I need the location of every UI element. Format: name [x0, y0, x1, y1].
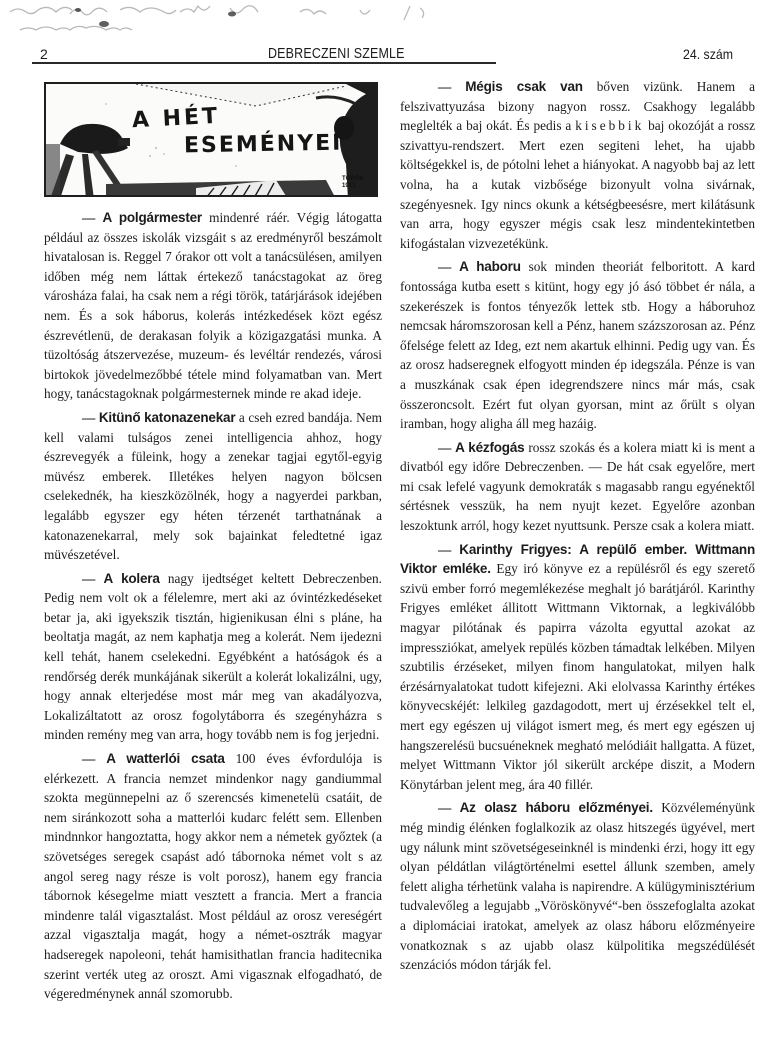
article-body: baj okozóját a rossz szivattyu-rendszert… [400, 118, 755, 251]
header-rule [32, 62, 496, 64]
article-haboru: — A haboru sok minden theoriát felborito… [400, 257, 755, 433]
issue-number: 24. szám [683, 46, 733, 62]
article-waterloo: — A watterlói csata 100 éves évfordulója… [44, 749, 382, 1004]
publication-title: DEBRECZENI SZEMLE [268, 46, 405, 62]
page-number: 2 [40, 46, 48, 62]
article-kolera: — A kolera nagy ijedtséget keltett Debre… [44, 569, 382, 745]
signature-name: TÖRÖK [342, 176, 364, 183]
em-dash: — [82, 751, 95, 766]
signature-year: 1913 [342, 183, 364, 190]
em-dash: — [438, 79, 451, 94]
em-dash: — [82, 410, 95, 425]
left-column: — A polgármester mindenré ráér. Végig lá… [44, 208, 382, 1008]
article-headline: A kézfogás [455, 440, 524, 455]
article-body: a cseh ezred bandája. Nem kell valami tu… [44, 410, 382, 562]
article-body: sok minden theoriát felboritott. A kard … [400, 259, 755, 431]
article-kezfogas: — A kézfogás rossz szokás és a kolera mi… [400, 438, 755, 536]
banner-title-line1: A HÉT [131, 104, 220, 134]
section-banner: A HÉT ESEMÉNYEI TÖRÖK 1913 [44, 82, 378, 197]
em-dash: — [438, 259, 451, 274]
article-polgarmester: — A polgármester mindenré ráér. Végig lá… [44, 208, 382, 404]
article-body: mindenré ráér. Végig látogatta például a… [44, 210, 382, 401]
em-dash: — [438, 440, 451, 455]
em-dash: — [438, 800, 451, 815]
article-body: Közvéleményünk még mindig élénken foglal… [400, 800, 755, 972]
article-headline: Mégis csak van [465, 79, 583, 94]
article-headline: A watterlói csata [106, 751, 225, 766]
article-body: Egy iró könyve ez a repülésről és egy sz… [400, 561, 755, 792]
article-vizvezetek: — Mégis csak van bőven vizünk. Hanem a f… [400, 77, 755, 253]
article-katonazenekar: — Kitünő katonazenekar a cseh ezred band… [44, 408, 382, 565]
em-dash: — [82, 210, 95, 225]
article-headline: A kolera [104, 571, 160, 586]
em-dash: — [438, 542, 451, 557]
article-body: nagy ijedtséget keltett Debreczenben. Pe… [44, 571, 382, 743]
article-headline: A haboru [459, 259, 521, 274]
article-karinthy: — Karinthy Frigyes: A repülő ember. Witt… [400, 540, 755, 795]
article-olasz-haboru: — Az olasz háboru előzményei. Közvélemén… [400, 798, 755, 974]
emphasized-word: kisebbik [575, 118, 644, 133]
handwritten-scribble [0, 0, 769, 40]
banner-signature: TÖRÖK 1913 [342, 176, 364, 190]
article-headline: Az olasz háboru előzményei. [460, 800, 653, 815]
right-column: — Mégis csak van bőven vizünk. Hanem a f… [400, 77, 755, 979]
article-body: rossz szokás és a kolera miatt ki is men… [400, 440, 755, 533]
article-headline: A polgármester [102, 210, 202, 225]
article-headline: Kitünő katonazenekar [99, 410, 236, 425]
article-body: 100 éves évfordulója is elérkezett. A fr… [44, 751, 382, 1001]
banner-title-line2: ESEMÉNYEI [184, 131, 343, 159]
em-dash: — [82, 571, 95, 586]
